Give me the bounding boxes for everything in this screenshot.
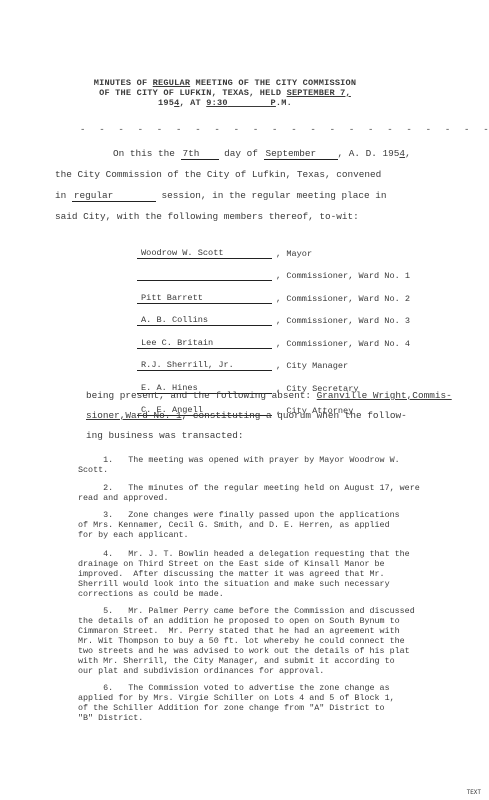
intro-text: On this the	[113, 148, 181, 159]
intro-line-1: On this the 7th day of September, A. D. …	[85, 143, 411, 164]
member-title: , Commissioner, Ward No. 1	[276, 271, 410, 281]
separator-line: - - - - - - - - - - - - - - - - - - - - …	[80, 125, 360, 135]
roster-row: Lee C. Britain, Commissioner, Ward No. 4	[137, 326, 410, 349]
member-name: A. B. Collins	[137, 315, 272, 326]
intro-line-4: said City, with the following members th…	[55, 206, 411, 227]
member-name: R.J. Sherrill, Jr.	[137, 360, 272, 371]
title-text: MINUTES OF	[94, 78, 153, 88]
member-title: , Commissioner, Ward No. 2	[276, 294, 410, 304]
absent-member: Granville Wright,Commis-	[317, 390, 452, 401]
member-name	[137, 280, 272, 281]
member-title: , Mayor	[276, 249, 312, 259]
member-name: Pitt Barrett	[137, 293, 272, 304]
intro-text: , A. D. 195	[338, 148, 400, 159]
member-title: , City Manager	[276, 361, 348, 371]
agenda-item-2: 2. The minutes of the regular meeting he…	[78, 483, 473, 503]
title-text: OF THE CITY OF LUFKIN, TEXAS, HELD	[99, 88, 287, 98]
member-title: , Commissioner, Ward No. 3	[276, 316, 410, 326]
roster-row: , Commissioner, Ward No. 1	[137, 259, 410, 282]
title-line-2: OF THE CITY OF LUFKIN, TEXAS, HELD SEPTE…	[60, 88, 390, 98]
absent-paragraph: being present, and the following absent:…	[86, 386, 452, 446]
time-blank	[228, 98, 271, 108]
title-line-1: MINUTES OF REGULAR MEETING OF THE CITY C…	[60, 78, 390, 88]
agenda-item-4: 4. Mr. J. T. Bowlin headed a delegation …	[78, 549, 473, 599]
agenda-item-3: 3. Zone changes were finally passed upon…	[78, 510, 473, 540]
meeting-date: SEPTEMBER 7,	[287, 88, 351, 98]
member-title: , Commissioner, Ward No. 4	[276, 339, 410, 349]
absent-line-1: being present, and the following absent:…	[86, 386, 452, 406]
member-name: Lee C. Britain	[137, 338, 272, 349]
year-prefix: 195	[158, 98, 174, 108]
agenda-item-5: 5. Mr. Palmer Perry came before the Comm…	[78, 606, 473, 676]
roster-row: R.J. Sherrill, Jr., City Manager	[137, 349, 410, 372]
meeting-time: 9:30	[206, 98, 227, 108]
intro-text: ,	[405, 148, 411, 159]
absent-line-2: sioner,Ward No. 1, constituting a quorum…	[86, 406, 452, 426]
page-mark: TEXT	[467, 789, 481, 796]
title-line-3: 1954, AT 9:30 P.M.	[60, 98, 390, 108]
meeting-type: REGULAR	[153, 78, 191, 88]
absent-text: , constituting a quorum when the follow-	[182, 410, 407, 421]
title-text: , AT	[179, 98, 206, 108]
intro-line-2: the City Commission of the City of Lufki…	[55, 164, 411, 185]
intro-text: in	[55, 190, 72, 201]
intro-text: day of	[219, 148, 264, 159]
title-text: MEETING OF THE CITY COMMISSION	[190, 78, 356, 88]
minutes-page: MINUTES OF REGULAR MEETING OF THE CITY C…	[0, 0, 489, 800]
roster-row: Pitt Barrett, Commissioner, Ward No. 2	[137, 281, 410, 304]
roster-row: A. B. Collins, Commissioner, Ward No. 3	[137, 304, 410, 327]
absent-text: being present, and the following absent:	[86, 390, 317, 401]
roster-row: Woodrow W. Scott, Mayor	[137, 236, 410, 259]
title-text: .M.	[276, 98, 292, 108]
intro-text: session, in the regular meeting place in	[156, 190, 387, 201]
meeting-month: September	[264, 149, 338, 160]
agenda-item-1: 1. The meeting was opened with prayer by…	[78, 455, 473, 475]
session-type: regular	[72, 191, 156, 202]
intro-paragraph: On this the 7th day of September, A. D. …	[85, 143, 411, 227]
document-title: MINUTES OF REGULAR MEETING OF THE CITY C…	[60, 78, 390, 108]
intro-line-3: in regular session, in the regular meeti…	[55, 185, 411, 206]
meeting-day: 7th	[181, 149, 219, 160]
absent-ward-label: sioner,Ward No.	[86, 410, 176, 421]
member-name: Woodrow W. Scott	[137, 248, 272, 259]
agenda-item-6: 6. The Commission voted to advertise the…	[78, 683, 473, 723]
absent-line-3: ing business was transacted:	[86, 426, 452, 446]
